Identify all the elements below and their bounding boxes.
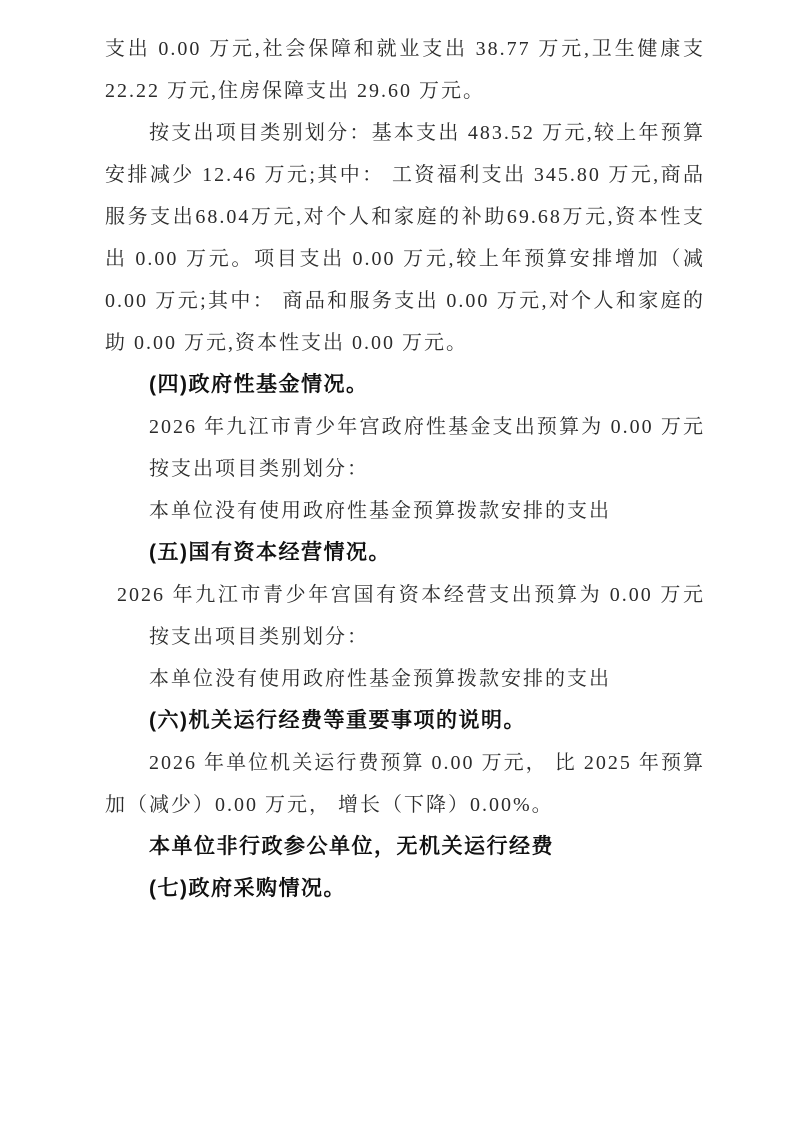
body-text-line: 按支出项目类别划分：	[105, 448, 705, 490]
body-text-line: 支出 0.00 万元,社会保障和就业支出 38.77 万元,卫生健康支出	[105, 28, 705, 70]
body-text-line: 安排减少 12.46 万元;其中： 工资福利支出 345.80 万元,商品和	[105, 154, 705, 196]
body-text-line: 2026 年单位机关运行费预算 0.00 万元， 比 2025 年预算增	[105, 742, 705, 784]
body-text-line: 2026 年九江市青少年宫国有资本经营支出预算为 0.00 万元	[105, 574, 705, 616]
body-text-line: 加（减少）0.00 万元， 增长（下降）0.00%。	[105, 784, 705, 826]
body-text-line: 服务支出68.04万元,对个人和家庭的补助69.68万元,资本性支	[105, 196, 705, 238]
section-heading-line: (五)国有资本经营情况。	[105, 532, 705, 574]
body-text-line: 按支出项目类别划分：	[105, 616, 705, 658]
body-text-line: 出 0.00 万元。项目支出 0.00 万元,较上年预算安排增加（减少）	[105, 238, 705, 280]
body-text-line: 0.00 万元;其中： 商品和服务支出 0.00 万元,对个人和家庭的补	[105, 280, 705, 322]
section-heading-line: (四)政府性基金情况。	[105, 364, 705, 406]
section-heading-line: (六)机关运行经费等重要事项的说明。	[105, 700, 705, 742]
body-text-line: 助 0.00 万元,资本性支出 0.00 万元。	[105, 322, 705, 364]
budget-document-body: 支出 0.00 万元,社会保障和就业支出 38.77 万元,卫生健康支出22.2…	[105, 28, 705, 910]
body-text-line: 2026 年九江市青少年宫政府性基金支出预算为 0.00 万元	[105, 406, 705, 448]
body-text-line: 本单位没有使用政府性基金预算拨款安排的支出	[105, 490, 705, 532]
body-text-line: 本单位没有使用政府性基金预算拨款安排的支出	[105, 658, 705, 700]
body-text-line: 按支出项目类别划分：基本支出 483.52 万元,较上年预算	[105, 112, 705, 154]
section-heading-line: 本单位非行政参公单位，无机关运行经费	[105, 826, 705, 868]
body-text-line: 22.22 万元,住房保障支出 29.60 万元。	[105, 70, 705, 112]
section-heading-line: (七)政府采购情况。	[105, 868, 705, 910]
document-page: 支出 0.00 万元,社会保障和就业支出 38.77 万元,卫生健康支出22.2…	[0, 0, 800, 1131]
